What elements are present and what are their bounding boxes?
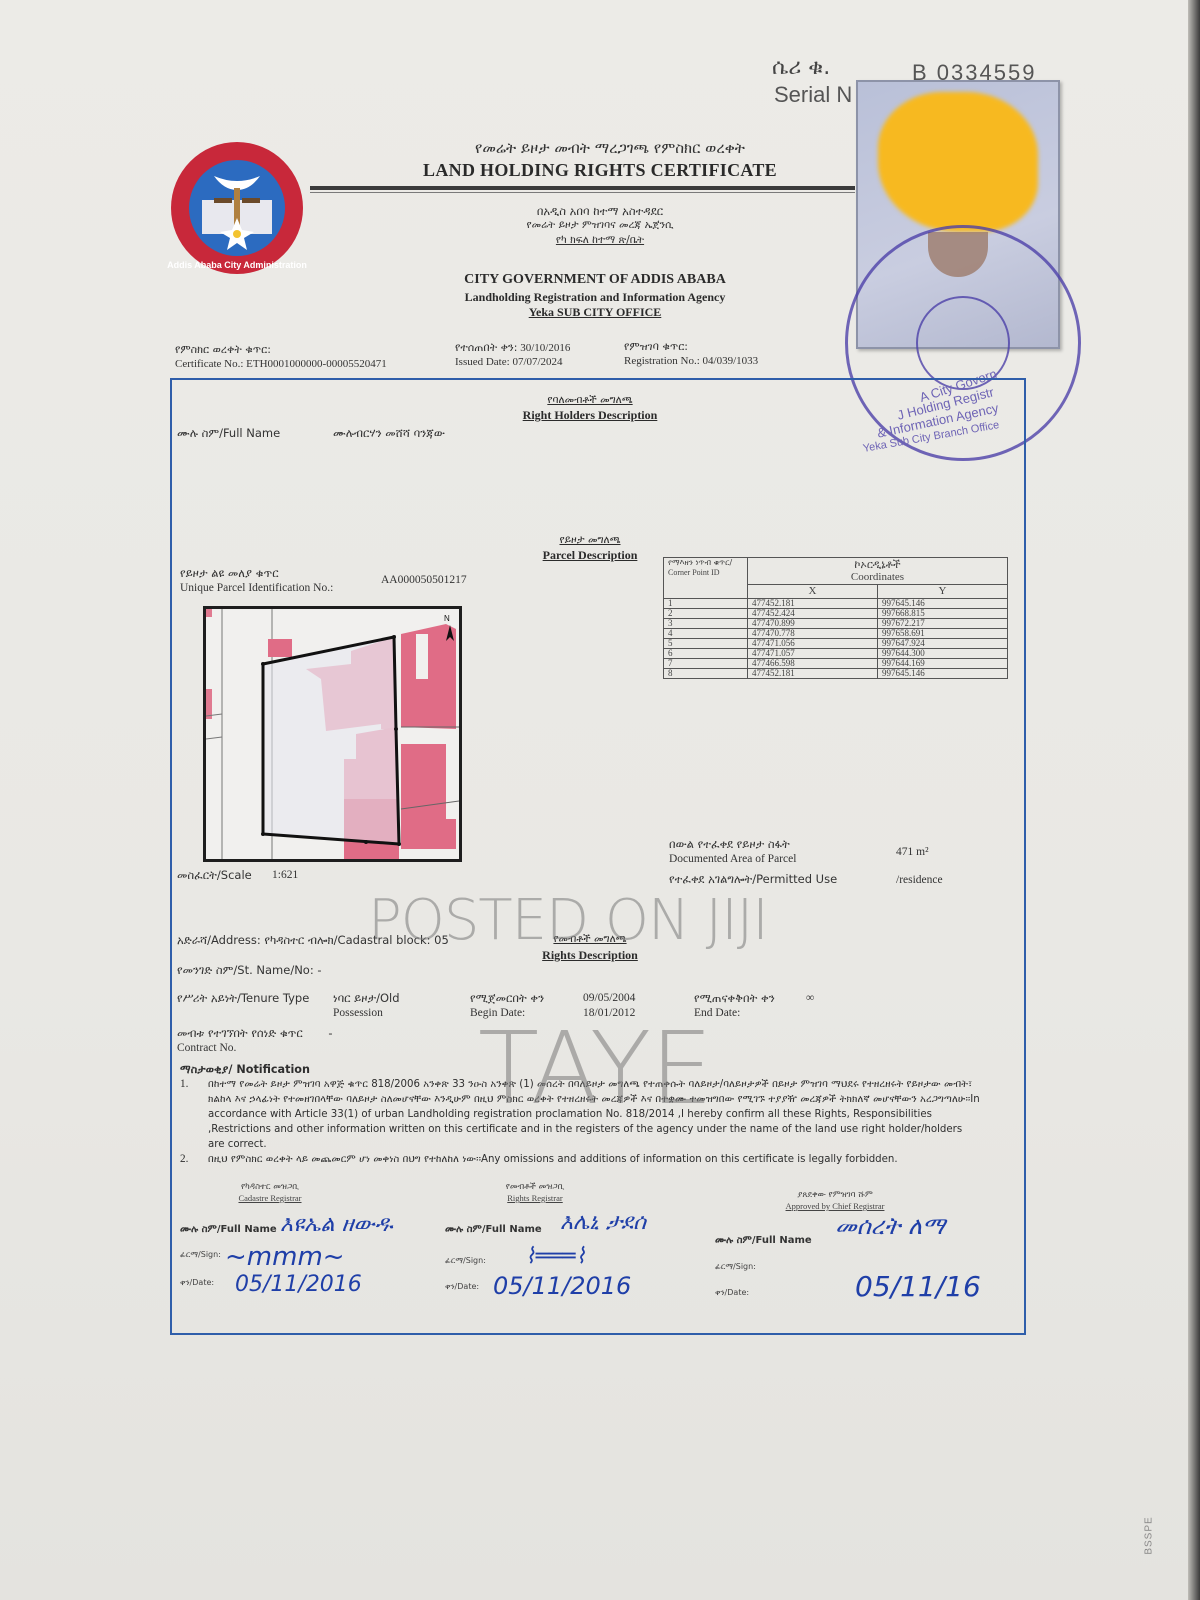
coordinate-cell-y: 997644.169 — [878, 659, 1008, 669]
handwritten-date: 05/11/16 — [855, 1270, 981, 1303]
upin-value: AA000050501217 — [381, 573, 467, 588]
contract-number-block: መብቱ የተገኘበት የሰነድ ቁጥር - Contract No. — [177, 1026, 333, 1056]
coordinate-row: 3477470.899997672.217 — [664, 619, 1008, 629]
coordinate-cell-x: 477452.424 — [748, 609, 878, 619]
serial-label: Serial N — [774, 82, 852, 108]
coordinate-cell-y: 997644.300 — [878, 649, 1008, 659]
coordinate-cell-id: 6 — [664, 649, 748, 659]
handwritten-name: እዩኤል ዘውዱ — [280, 1212, 393, 1237]
scale-label: መስፈርት/Scale — [177, 868, 252, 883]
permitted-use-label: የተፈቀደ አገልግሎት/Permitted Use — [669, 872, 837, 887]
upin-label-amharic: የይዞታ ልዩ መለያ ቁጥር — [180, 566, 333, 581]
contract-label: Contract No. — [177, 1041, 333, 1056]
coordinate-cell-id: 1 — [664, 599, 748, 609]
page-edge-shadow — [1188, 0, 1200, 1600]
full-name-label: ሙሉ ስም/Full Name — [177, 426, 280, 441]
registration-number-block: የምዝገባ ቁጥር: Registration No.: 04/039/1033 — [624, 340, 758, 368]
cadastre-registrar-signature-block: የካዳስተር መዝጋቢ Cadastre Registrar ሙሉ ስም/Ful… — [175, 1182, 455, 1322]
notification-title: ማስታወቂያ/ Notification — [180, 1062, 310, 1077]
tenure-type-label: የሥሪት አይነት/Tenure Type — [177, 991, 309, 1006]
signature-scribble: ~mmm~ — [225, 1242, 345, 1272]
svg-text:Addis Ababa City Administratio: Addis Ababa City Administration — [167, 260, 307, 270]
coordinate-cell-y: 997668.815 — [878, 609, 1008, 619]
handwritten-name: መሰረት ለማ — [835, 1212, 945, 1240]
coordinate-cell-id: 3 — [664, 619, 748, 629]
issued-date: 07/07/2024 — [512, 356, 562, 368]
coordinate-cell-y: 997647.924 — [878, 639, 1008, 649]
documented-area-label-block: በውል የተፈቀደ የይዞታ ስፋት Documented Area of Pa… — [669, 837, 796, 867]
registration-label: Registration No.: — [624, 355, 700, 367]
coordinate-cell-x: 477470.899 — [748, 619, 878, 629]
agency-heading: Landholding Registration and Information… — [420, 290, 770, 305]
coordinate-row: 8477452.181997645.146 — [664, 669, 1008, 679]
edge-code: BSSPE — [1144, 1516, 1155, 1554]
redaction-blot — [878, 92, 1038, 232]
coordinate-row: 1477452.181997645.146 — [664, 599, 1008, 609]
contract-number-value: - — [328, 1026, 332, 1040]
signature-scribble: ⌇═══⌇ — [525, 1244, 586, 1269]
rights-registrar-signature-block: የመብቶች መዝጋቢ Rights Registrar ሙሉ ስም/Full N… — [445, 1182, 705, 1322]
tenure-type-value: ነባር ይዞታ/Old Possession — [333, 991, 400, 1021]
office-amharic: የካ ክፍለ ከተማ ጽ/ቤት — [440, 234, 760, 247]
coordinates-table: የማእዘን ነጥብ ቁጥር/ Corner Point ID ኮኦርዲኔቶች C… — [663, 557, 1008, 679]
issued-date-block: የተሰጠበት ቀን: 30/10/2016 Issued Date: 07/07… — [455, 341, 570, 369]
scale-value: 1:621 — [272, 868, 298, 883]
addis-ababa-city-administration-logo-icon: Addis Ababa City Administration — [162, 138, 312, 278]
issued-label: Issued Date: — [455, 356, 510, 368]
street-label: የመንገድ ስም/St. Name/No: - — [177, 963, 322, 978]
city-government-heading: CITY GOVERNMENT OF ADDIS ABABA — [420, 272, 770, 288]
agency-amharic: የመሬት ይዞታ ምዝገባና መረጃ ኤጀንሲ — [440, 219, 760, 232]
handwritten-date: 05/11/2016 — [493, 1272, 631, 1300]
coordinate-cell-id: 2 — [664, 609, 748, 619]
watermark-taye: TAYE — [478, 1010, 712, 1127]
corner-point-header: የማእዘን ነጥብ ቁጥር/ Corner Point ID — [664, 558, 748, 599]
parcel-map-drawing: N — [206, 609, 459, 859]
permitted-use-value: /residence — [896, 873, 943, 888]
right-holders-title-amharic: የባለመብቶች መግለጫ — [490, 394, 690, 407]
handwritten-name: እሌኒ ታደሰ — [560, 1210, 646, 1235]
upin-label-block: የይዞታ ልዩ መለያ ቁጥር Unique Parcel Identifica… — [180, 566, 333, 596]
certificate-number: ETH0001000000-00005520471 — [246, 358, 387, 370]
coordinate-cell-x: 477471.056 — [748, 639, 878, 649]
y-column-header: Y — [878, 585, 1008, 599]
coordinate-cell-y: 997658.691 — [878, 629, 1008, 639]
street-value: - — [317, 963, 321, 977]
coordinate-cell-x: 477466.598 — [748, 659, 878, 669]
coordinate-cell-x: 477471.057 — [748, 649, 878, 659]
coordinate-cell-x: 477452.181 — [748, 669, 878, 679]
certificate-title: LAND HOLDING RIGHTS CERTIFICATE — [400, 160, 800, 181]
coordinate-cell-x: 477452.181 — [748, 599, 878, 609]
certificate-label: Certificate No.: — [175, 358, 243, 370]
registration-label-amharic: የምዝገባ ቁጥር: — [624, 340, 758, 354]
coordinate-cell-y: 997645.146 — [878, 669, 1008, 679]
coordinate-cell-x: 477470.778 — [748, 629, 878, 639]
certificate-number-block: የምስክር ወረቀት ቁጥር: Certificate No.: ETH0001… — [175, 343, 387, 371]
coordinates-header: ኮኦርዲኔቶች Coordinates — [748, 558, 1008, 585]
issued-label-amharic: የተሰጠበት ቀን: — [455, 341, 517, 354]
certificate-page: Addis Ababa City Administration የመሬት ይዞታ… — [0, 0, 1188, 1600]
documented-area-value: 471 m² — [896, 845, 929, 860]
documented-area-label: Documented Area of Parcel — [669, 852, 796, 867]
coordinate-row: 7477466.598997644.169 — [664, 659, 1008, 669]
city-admin-amharic: በአዲስ አበባ ከተማ አስተዳደር — [440, 204, 760, 219]
chief-registrar-signature-block: ያጸደቀው የምዝገባ ሹም Approved by Chief Registr… — [715, 1190, 1015, 1330]
coordinate-row: 2477452.424997668.815 — [664, 609, 1008, 619]
coordinate-cell-id: 5 — [664, 639, 748, 649]
coordinate-cell-id: 7 — [664, 659, 748, 669]
notification-item: 2. በዚህ የምስክር ወረቀት ላይ መጨመርም ሆነ መቀነስ በህግ የ… — [180, 1152, 980, 1167]
header-divider — [310, 186, 855, 190]
coordinate-cell-y: 997672.217 — [878, 619, 1008, 629]
certificate-title-amharic: የመሬት ይዞታ መብት ማረጋገጫ የምስክር ወረቀት — [420, 139, 800, 157]
coordinate-cell-id: 8 — [664, 669, 748, 679]
registration-number: 04/039/1033 — [703, 355, 759, 367]
x-column-header: X — [748, 585, 878, 599]
coordinate-cell-y: 997645.146 — [878, 599, 1008, 609]
parcel-map: N — [203, 606, 462, 862]
header-divider-thin — [310, 192, 855, 193]
documented-area-label-amharic: በውል የተፈቀደ የይዞታ ስፋት — [669, 837, 796, 852]
coordinate-cell-id: 4 — [664, 629, 748, 639]
full-name-value: ሙሉብርሃን መሸሻ ባንጃው — [333, 426, 445, 441]
begin-date-ethiopian: 09/05/2004 — [583, 991, 635, 1006]
coordinate-row: 4477470.778997658.691 — [664, 629, 1008, 639]
parcel-title-amharic: የይዞታ መግለጫ — [490, 534, 690, 547]
handwritten-date: 05/11/2016 — [235, 1272, 362, 1297]
serial-label-amharic: ሴሪ ቁ. — [772, 55, 830, 80]
coordinate-row: 6477471.057997644.300 — [664, 649, 1008, 659]
certificate-label-amharic: የምስክር ወረቀት ቁጥር: — [175, 343, 387, 357]
svg-text:N: N — [444, 614, 450, 623]
parcel-title: Parcel Description — [490, 548, 690, 563]
end-date-value: ∞ — [806, 991, 814, 1006]
issued-date-ethiopian: 30/10/2016 — [520, 342, 570, 354]
coordinate-row: 5477471.056997647.924 — [664, 639, 1008, 649]
upin-label: Unique Parcel Identification No.: — [180, 581, 333, 596]
watermark-posted-on-jiji: POSTED ON JIJI — [368, 888, 768, 953]
right-holders-title: Right Holders Description — [490, 408, 690, 423]
contract-label-amharic: መብቱ የተገኘበት የሰነድ ቁጥር — [177, 1026, 303, 1040]
sub-city-office-heading: Yeka SUB CITY OFFICE — [420, 305, 770, 320]
